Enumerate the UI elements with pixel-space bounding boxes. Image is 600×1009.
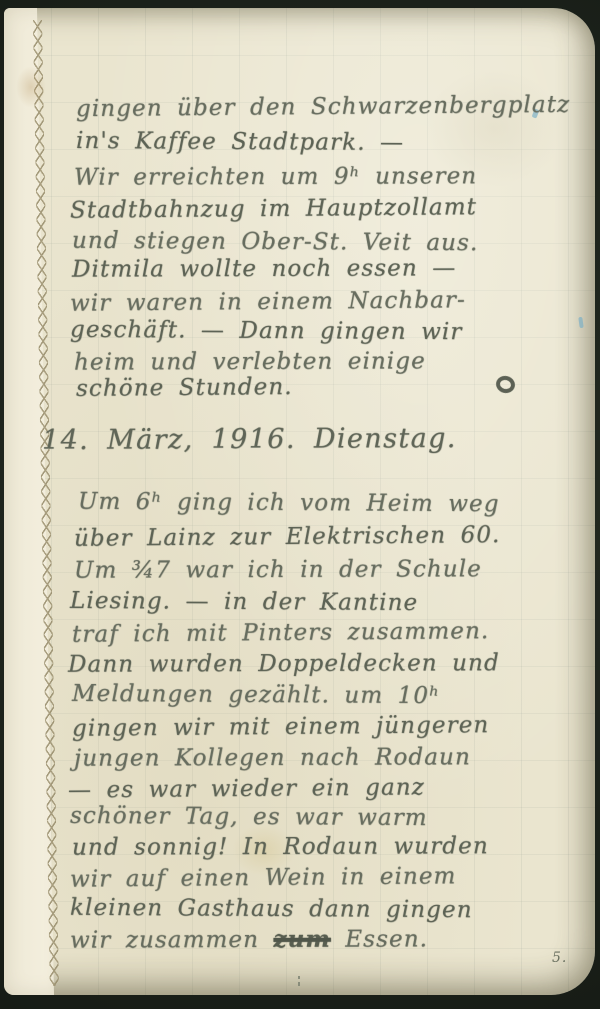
handwriting-line: Liesing. — in der Kantine	[70, 588, 418, 616]
handwriting-line: Dann wurden Doppeldecken und	[68, 650, 500, 678]
handwriting-line: Um ¾7 war ich in der Schule	[74, 556, 482, 583]
page-number: 5.	[552, 950, 567, 966]
notebook-scan: gingen über den Schwarzenbergplatz in's …	[0, 0, 600, 1009]
entry-date-heading: 14. März, 1916. Dienstag.	[42, 423, 457, 456]
handwriting-line: in's Kaffee Stadtpark. —	[76, 128, 404, 156]
handwriting-line: wir waren in einem Nachbar-	[70, 287, 466, 316]
handwriting-line: schöne Stunden.	[76, 374, 293, 402]
stray-pencil-mark	[298, 976, 300, 986]
handwriting-line: heim und verlebten einige	[74, 348, 426, 375]
handwriting-line: Stadtbahnzug im Hauptzollamt	[70, 194, 477, 224]
handwriting-line-with-strikethrough: wir zusammen zum Essen.	[70, 925, 428, 953]
handwriting-line: über Lainz zur Elektrischen 60.	[74, 522, 501, 552]
handwriting-line: geschäft. — Dann gingen wir	[70, 317, 463, 345]
handwriting-line: Meldungen gezählt. um 10ʰ	[72, 681, 440, 709]
handwriting-line: Wir erreichten um 9ʰ unseren	[74, 163, 477, 190]
handwriting-line: und sonnig! In Rodaun wurden	[72, 833, 489, 860]
handwriting-line: Ditmila wollte noch essen —	[72, 255, 456, 282]
handwriting-line: und stiegen Ober-St. Veit aus.	[72, 228, 479, 256]
handwriting-line: jungen Kollegen nach Rodaun	[74, 744, 471, 771]
handwriting-line: gingen über den Schwarzenbergplatz	[76, 92, 570, 122]
handwriting-line: kleinen Gasthaus dann gingen	[70, 895, 473, 923]
line-fragment: wir zusammen	[70, 927, 274, 954]
handwriting-line: gingen wir mit einem jüngeren	[72, 712, 490, 742]
handwriting-line: Um 6ʰ ging ich vom Heim weg	[78, 489, 500, 518]
pencil-ring-mark	[494, 374, 517, 395]
line-fragment: Essen.	[331, 926, 428, 952]
handwriting-line: traf ich mit Pinters zusammen.	[72, 618, 489, 648]
handwriting-line: — es war wieder ein ganz	[68, 774, 425, 803]
handwriting-line: wir auf einen Wein in einem	[70, 863, 457, 892]
handwriting-line: schöner Tag, es war warm	[70, 803, 428, 831]
diary-page: gingen über den Schwarzenbergplatz in's …	[4, 8, 595, 995]
ink-speck	[578, 317, 583, 328]
struck-out-word: zum	[273, 926, 331, 953]
